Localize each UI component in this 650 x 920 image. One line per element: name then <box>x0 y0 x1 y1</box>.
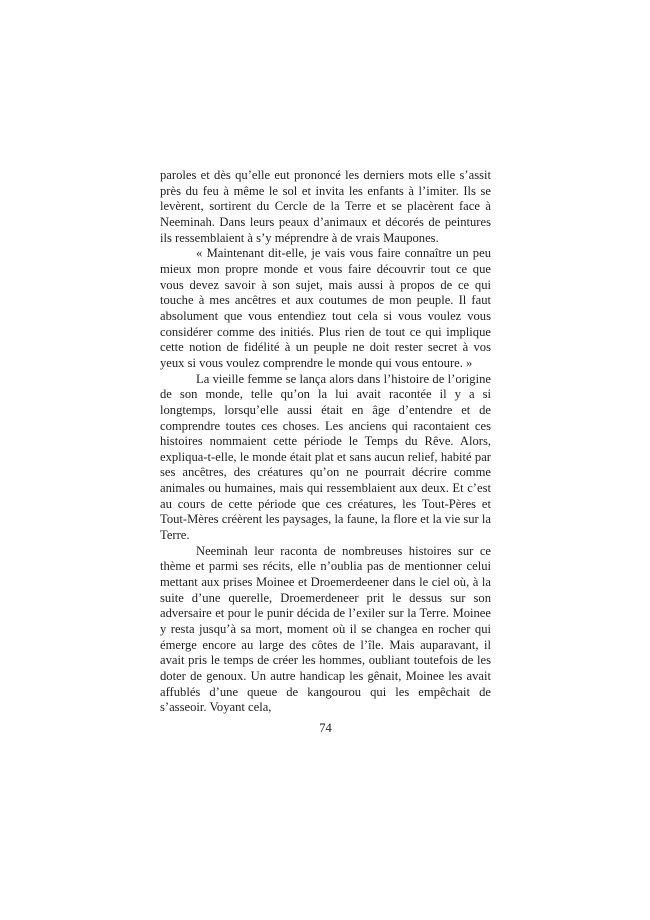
book-page: paroles et dès qu’elle eut prononcé les … <box>0 0 650 920</box>
page-text-block: paroles et dès qu’elle eut prononcé les … <box>160 168 491 737</box>
paragraph-dreamtime-story: La vieille femme se lança alors dans l’h… <box>160 372 491 544</box>
paragraph-moinee-story: Neeminah leur raconta de nombreuses hist… <box>160 544 491 716</box>
paragraph-quote: « Maintenant dit-elle, je vais vous fair… <box>160 246 491 371</box>
paragraph-continuation: paroles et dès qu’elle eut prononcé les … <box>160 168 491 246</box>
page-number: 74 <box>160 721 491 737</box>
